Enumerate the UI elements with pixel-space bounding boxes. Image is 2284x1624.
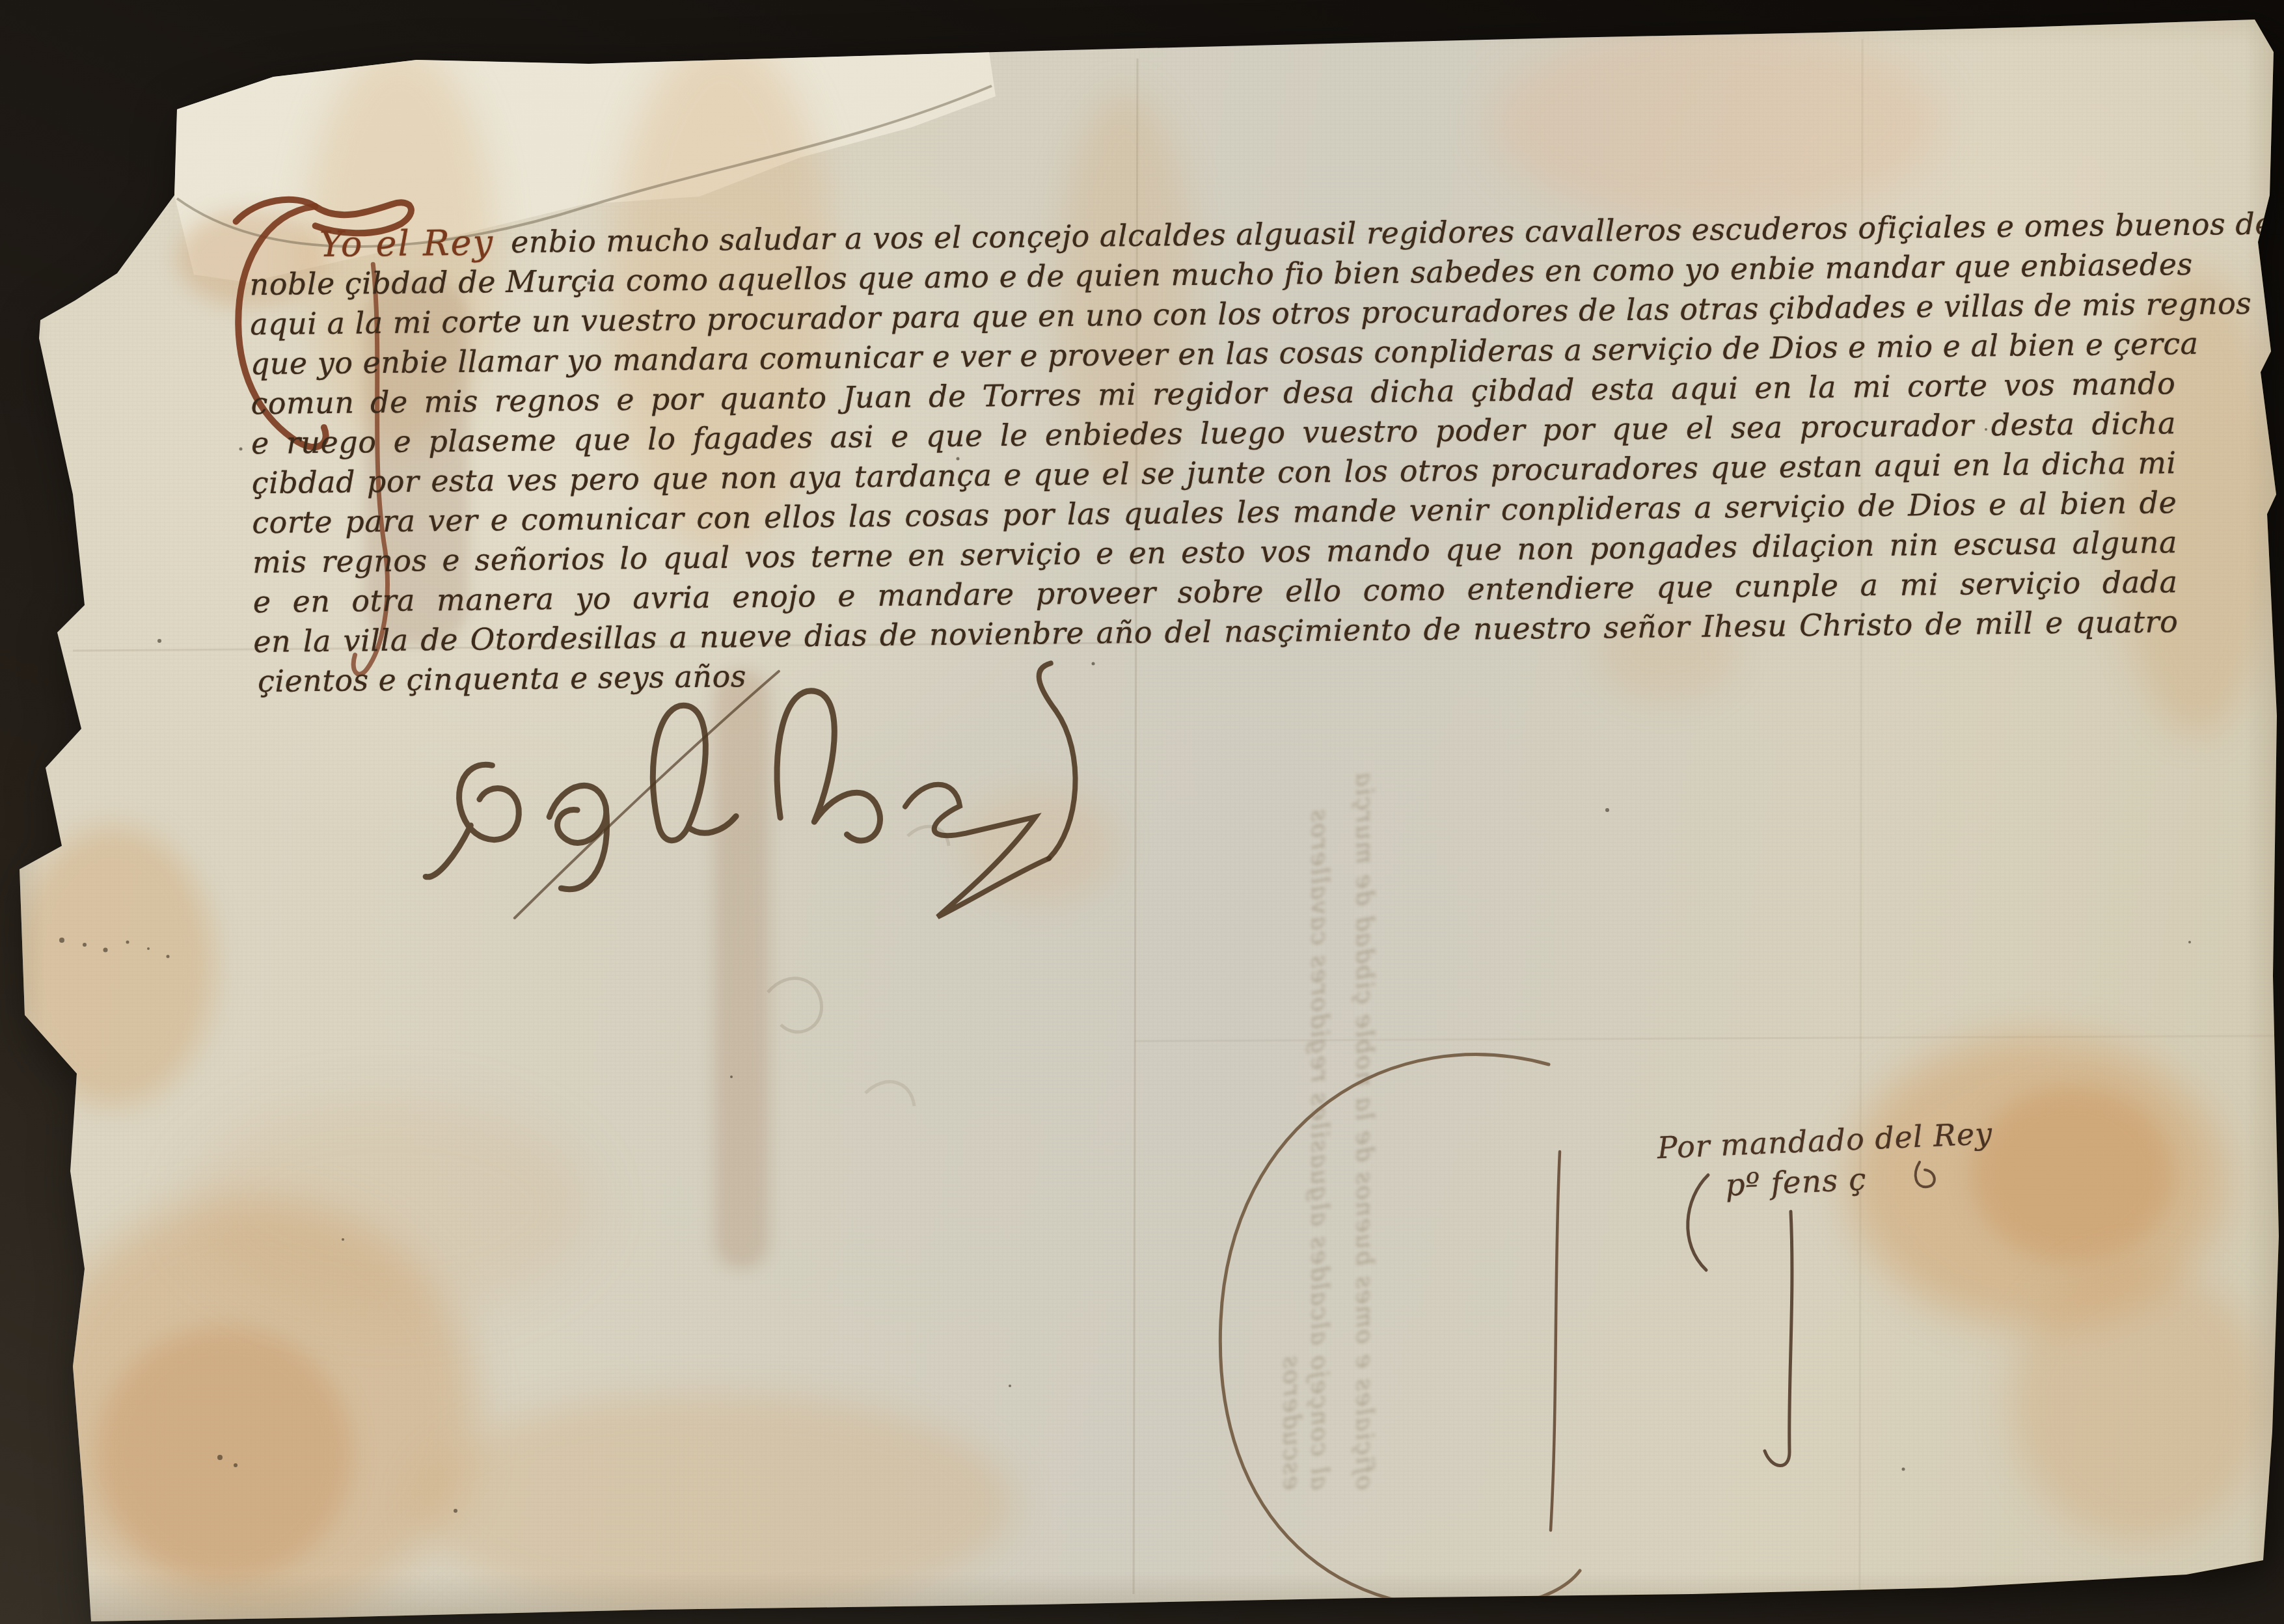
parchment-wrap: al conçejo alcaldes alguasiles regidores… [0,0,2284,1624]
photo-backdrop: al conçejo alcaldes alguasiles regidores… [0,0,2284,1624]
parchment-edge-shading [0,0,2284,1624]
parchment-sheet: al conçejo alcaldes alguasiles regidores… [0,0,2284,1624]
